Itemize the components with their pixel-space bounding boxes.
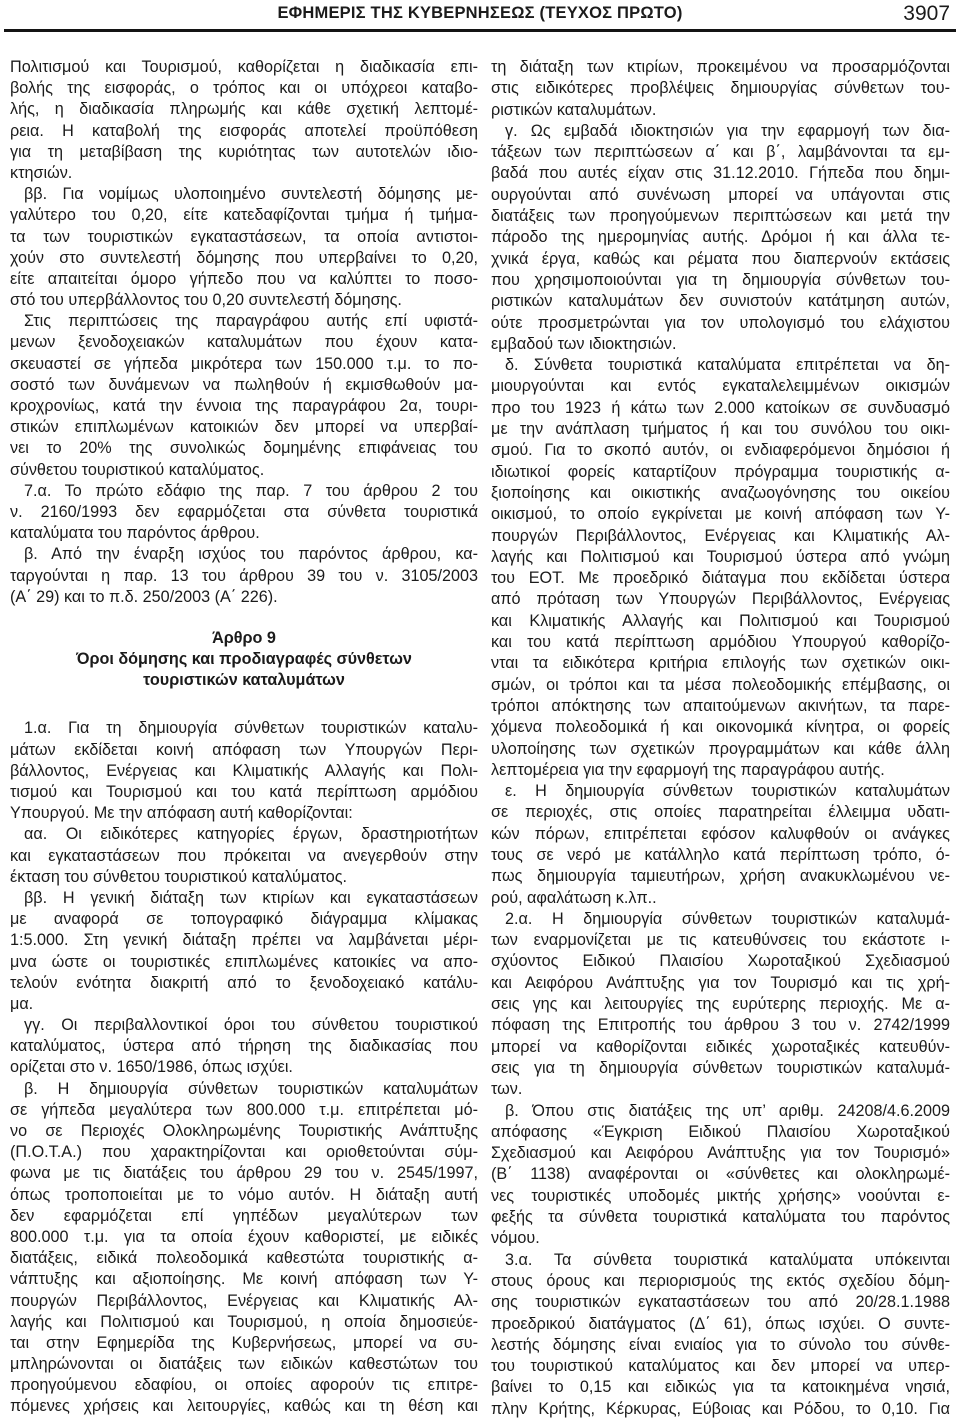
gazette-page: ΕΦΗΜΕΡΙΣ ΤΗΣ ΚΥΒΕΡΝΗΣΕΩΣ (ΤΕΥΧΟΣ ΠΡΩΤΟ) … [0,0,960,1423]
text-line: των εναρμονίζεται με τις κατευθύνσεις το… [491,930,950,951]
text-line: φωνα με τις διατάξεις του άρθρου 29 του … [10,1163,478,1184]
text-line: ται στην Εφημερίδα της Κυβερνήσεως, μπορ… [10,1333,478,1354]
text-line: νάπτυξης και αξιοποίησης. Με κοινή απόφα… [10,1269,478,1290]
text-line: γ. Ως εμβαδά ιδιοκτησιών για την εφαρμογ… [491,121,950,142]
text-line: νει το 20% της συνολικώς δομημένης επιφά… [10,438,478,459]
text-line: 1:5.000. Στη γενική διάταξη πρέπει να λα… [10,930,478,951]
text-line: σμού. Για το σκοπό αυτόν, οι ενδιαφερόμε… [491,440,950,461]
text-line: από πρόταση των Υπουργών Περιβάλλοντος, … [491,589,950,610]
text-line: χούν στο συντελεστή δόμησης που υπερβαίν… [10,248,478,269]
paragraph: ββ. Η γενική διάταξη των κτιρίων και εγκ… [10,888,478,1015]
text-line: πουργών Περιβάλλοντος, Ενέργειας και Κλι… [10,1291,478,1312]
text-line: κτησιών. [10,163,478,184]
text-line: ριστικών καταλυμάτων. [491,100,950,121]
text-line: στικών επιπλωμένων κατοικιών δεν μπορεί … [10,417,478,438]
text-line: β. Όπου στις διατάξεις της υπ’ αριθμ. 24… [491,1101,950,1122]
text-line: σκευαστεί σε γήπεδα μικρότερα των 150.00… [10,354,478,375]
text-line: νο σε Περιοχές Ολοκληρωμένης Τουριστικής… [10,1121,478,1142]
text-line: βαδά που αυτές είχαν στις 31.12.2010. Γή… [491,163,950,184]
paragraph: 2.α. Η δημιουργία σύνθετων τουριστικών κ… [491,909,950,1101]
text-line: γγ. Οι περιβαλλοντικοί όροι του σύνθετου… [10,1015,478,1036]
text-line: μα. [10,994,478,1015]
text-line: δεν εφαρμόζεται επί γηπέδων μεγαλύτερων … [10,1206,478,1227]
text-line: σοστό των δυνάμενων να πωληθούν ή εκμισθ… [10,375,478,396]
text-line: πλην Κρήτης, Κέρκυρας, Εύβοιας και Ρόδου… [491,1399,950,1420]
text-line: τισμού και Τουρισμού και του κατά περίπτ… [10,782,478,803]
text-line: διατάξεις των προηγούμενων περιπτώσεων κ… [491,206,950,227]
text-line: ρού, αφαλάτωση κ.λπ.. [491,888,950,909]
paragraph: Στις περιπτώσεις της παραγράφου αυτής επ… [10,311,478,481]
text-line: σης τουριστικών εγκαταστάσεων του από 20… [491,1292,950,1313]
text-line: ιδιωτικοί φορείς καταρτίζουν πρόγραμμα τ… [491,462,950,483]
text-line: μενων ξενοδοχειακών καταλυμάτων που έχου… [10,332,478,353]
text-line: ν. 2160/1993 δεν εφαρμόζεται στα σύνθετα… [10,502,478,523]
text-line: και Αειφόρου Ανάπτυξης για τον Τουρισμό … [491,973,950,994]
text-line: νται τα ειδικότερα κριτήρια επιλογής των… [491,653,950,674]
text-line: (Π.Ο.Τ.Α.) που χαρακτηρίζονται και οριοθ… [10,1142,478,1163]
paragraph: τη διάταξη των κτιρίων, προκειμένου να π… [491,57,950,121]
text-line: 1.α. Για τη δημιουργία σύνθετων τουριστι… [10,718,478,739]
paragraph: 1.α. Για τη δημιουργία σύνθετων τουριστι… [10,718,478,824]
text-line: όπως τροποποιείται με το νόμο αυτόν. Η δ… [10,1185,478,1206]
text-line: οικισμού, το οποίο εγκρίνεται με κοινή α… [491,504,950,525]
header-rule [4,29,956,32]
text-line: ρεια. Η καταβολή της εισφοράς αποτελεί π… [10,121,478,142]
text-line: Υπουργού. Με την απόφαση αυτή καθορίζοντ… [10,803,478,824]
text-line: λαγής και Πολιτισμού και Τουρισμού ύστερ… [491,547,950,568]
text-line: τάξεων των περιπτώσεων α΄ και β΄, λαμβάν… [491,142,950,163]
text-line: κών πόρων, επιτρέπεται εφόσον καλυφθούν … [491,824,950,845]
text-line: χνικά έργα, καθώς και ρέματα που διαπερν… [491,249,950,270]
paragraph: β. Η δημιουργία σύνθετων τουριστικών κατ… [10,1079,478,1418]
text-line: 800.000 τ.μ. για τα οποία έχουν καθοριστ… [10,1227,478,1248]
text-line: με την ανάπλαση τμήματος ή και του συνόλ… [491,419,950,440]
text-line: ββ. Για νομίμως υλοποιημένο συντελεστή δ… [10,184,478,205]
text-line: 2.α. Η δημιουργία σύνθετων τουριστικών κ… [491,909,950,930]
text-line: ορίζεται στο ν. 1650/1986, όπως ισχύει. [10,1057,478,1078]
text-line: προηγούμενου εδαφίου, οι οποίες αφορούν … [10,1375,478,1396]
heading-line: Όροι δόμησης και προδιαγραφές σύνθετων [10,649,478,670]
text-line: του τουριστικού καταλύματος και δεν μπορ… [491,1356,950,1377]
text-line: ξιοποίησης και οικιστικής αναζωογόνησης … [491,483,950,504]
text-line: πως δημιουργία ταμιευτήρων, χρήση ανακυκ… [491,866,950,887]
paragraph: 7.α. Το πρώτο εδάφιο της παρ. 7 του άρθρ… [10,481,478,545]
paragraph: β. Όπου στις διατάξεις της υπ’ αριθμ. 24… [491,1101,950,1250]
text-line: λαγής και Πολιτισμού και Τουρισμού, η οπ… [10,1312,478,1333]
text-line: πόμενες χρήσεις και λειτουργίες, καθώς κ… [10,1396,478,1417]
text-line: για τη μεταβίβαση της κυριότητας των αυτ… [10,142,478,163]
text-line: μιουργούνται και εντός εγκαταλελειμμένων… [491,376,950,397]
text-line: έκταση του σύνθετου τουριστικού καταλύμα… [10,867,478,888]
text-line: 3.α. Τα σύνθετα τουριστικά καταλύματα υπ… [491,1250,950,1271]
text-line: λεστής δόμησης είναι ενιαίος για το σύνο… [491,1335,950,1356]
text-line: εμβαδού των ιδιοκτησιών. [491,334,950,355]
text-line: λής, η διαδικασία πληρωμής και κάθε σχετ… [10,99,478,120]
left-text-column: Πολιτισμού και Τουρισμού, καθορίζεται η … [10,57,478,1418]
paragraph: ββ. Για νομίμως υλοποιημένο συντελεστή δ… [10,184,478,311]
text-line: Στις περιπτώσεις της παραγράφου αυτής επ… [10,311,478,332]
paragraph: ε. Η δημιουργία σύνθετων τουριστικών κατ… [491,781,950,909]
text-line: ουργούνται από συνένωση μπορεί να υπάγον… [491,185,950,206]
text-line: ε. Η δημιουργία σύνθετων τουριστικών κατ… [491,781,950,802]
text-line: πόφαση της Επιτροπής του άρθρου 3 του ν.… [491,1015,950,1036]
text-line: τη διάταξη των κτιρίων, προκειμένου να π… [491,57,950,78]
text-line: απόφασης «Έγκριση Ειδικού Πλαισίου Χωροτ… [491,1122,950,1143]
text-line: στό του υπερβάλλοντος του 0,20 συντελεστ… [10,290,478,311]
text-line: είτε απαιτείται όμορο γήπεδο που να καλύ… [10,269,478,290]
text-line: τα των τουριστικών εγκαταστάσεων, τα οπο… [10,227,478,248]
text-line: Σχεδιασμού και Αειφόρου Ανάπτυξης για το… [491,1143,950,1164]
paragraph: αα. Οι ειδικότερες κατηγορίες έργων, δρα… [10,824,478,888]
text-line: νες τουριστικές υποδομές μικτής χρήσης» … [491,1186,950,1207]
text-line: σύνθετου τουριστικού καταλύματος. [10,460,478,481]
text-line: νόμου. [491,1228,950,1249]
text-line: φεξής τα σύνθετα τουριστικά καταλύματα τ… [491,1207,950,1228]
text-line: καταλύματος, ύστερα από τήρηση της διαδι… [10,1036,478,1057]
text-line: και του κατά περίπτωση αρμόδιου Υπουργού… [491,632,950,653]
text-line: υλοποίησης των σχετικών προγραμμάτων και… [491,739,950,760]
text-line: Πολιτισμού και Τουρισμού, καθορίζεται η … [10,57,478,78]
paragraph: γ. Ως εμβαδά ιδιοκτησιών για την εφαρμογ… [491,121,950,355]
text-line: διατάξεις, ειδικά πολεοδομικά καθεστώτα … [10,1248,478,1269]
text-line: των. [491,1079,950,1100]
text-line: στις ειδικότερες προβλέψεις δημιουργίας … [491,78,950,99]
text-line: μπορεί να καθορίζονται ειδικές χωροταξικ… [491,1037,950,1058]
paragraph: Πολιτισμού και Τουρισμού, καθορίζεται η … [10,57,478,184]
text-line: πάροδο της ημερομηνίας αυτής. Δρόμοι ή κ… [491,227,950,248]
text-line: ταργούνται η παρ. 13 του άρθρου 39 του ν… [10,566,478,587]
text-line: και εγκαταστάσεων που πρόκειται να ανεγε… [10,846,478,867]
text-line: μάτων εκδίδεται κοινή απόφαση των Υπουργ… [10,740,478,761]
text-line: μπληρώνονται οι διατάξεις των ειδικών κα… [10,1354,478,1375]
text-line: ριστικών καταλυμάτων δεν συνιστούν κατάτ… [491,291,950,312]
paragraph: δ. Σύνθετα τουριστικά καταλύματα επιτρέπ… [491,355,950,781]
text-line: λεπτομέρεια για την εφαρμογή της παραγρά… [491,760,950,781]
text-line: ούτε προσμετρώνται για τον υπολογισμό το… [491,313,950,334]
text-line: σε γήπεδα μεγαλύτερα των 800.000 τ.μ. επ… [10,1100,478,1121]
text-line: β. Από την έναρξη ισχύος του παρόντος άρ… [10,544,478,565]
text-line: (Α΄ 29) και το π.δ. 250/2003 (Α΄ 226). [10,587,478,608]
text-line: χόμενα πολεοδομικά ή και οικονομικά κίνη… [491,717,950,738]
text-line: σμών, οι τρόποι και τα μέσα πολεοδομικής… [491,675,950,696]
text-line: βάλλοντος, Ενέργειας και Κλιματικής Αλλα… [10,761,478,782]
heading-line: τουριστικών καταλυμάτων [10,670,478,691]
text-line: στους όρους και περιορισμούς της εκτός σ… [491,1271,950,1292]
text-line: σεις γης και λειτουργίες της ευρύτερης π… [491,994,950,1015]
text-line: 7.α. Το πρώτο εδάφιο της παρ. 7 του άρθρ… [10,481,478,502]
paragraph: 3.α. Τα σύνθετα τουριστικά καταλύματα υπ… [491,1250,950,1420]
text-line: προεδρικού διατάγματος (Δ΄ 61), όπως ισχ… [491,1314,950,1335]
text-line: δ. Σύνθετα τουριστικά καταλύματα επιτρέπ… [491,355,950,376]
paragraph: β. Από την έναρξη ισχύος του παρόντος άρ… [10,544,478,608]
text-line: ββ. Η γενική διάταξη των κτιρίων και εγκ… [10,888,478,909]
text-line: που χρησιμοποιούνται για τη δημιουργία σ… [491,270,950,291]
text-line: β. Η δημιουργία σύνθετων τουριστικών κατ… [10,1079,478,1100]
text-line: τρόποι απόκτησης των απαιτούμενων ακινήτ… [491,696,950,717]
article-heading: Άρθρο 9Όροι δόμησης και προδιαγραφές σύν… [10,628,478,692]
text-line: τους σε νερό με κατάλληλο κατά περίπτωση… [491,845,950,866]
text-line: (Β΄ 1138) αναφέρονται οι «σύνθετες και ο… [491,1164,950,1185]
text-line: κροχρονίως, κατά την έννοια της παραγράφ… [10,396,478,417]
text-line: με αναφορά σε τοπογραφικό διάγραμμα κλίμ… [10,909,478,930]
heading-line: Άρθρο 9 [10,628,478,649]
text-line: μνα ώστε οι τουριστικές επιπλωμένες κατο… [10,952,478,973]
paragraph: γγ. Οι περιβαλλοντικοί όροι του σύνθετου… [10,1015,478,1079]
gazette-title: ΕΦΗΜΕΡΙΣ ΤΗΣ ΚΥΒΕΡΝΗΣΕΩΣ (ΤΕΥΧΟΣ ΠΡΩΤΟ) [0,4,960,23]
text-line: βαίνει το 0,15 και ειδικώς για τα κατοικ… [491,1377,950,1398]
page-number: 3907 [903,2,950,26]
right-text-column: τη διάταξη των κτιρίων, προκειμένου να π… [491,57,950,1420]
text-line: καταλύματα του παρόντος άρθρου. [10,523,478,544]
text-line: σχύοντος Ειδικού Πλαισίου Χωροταξικού Σχ… [491,951,950,972]
text-line: προ του 1923 ή κάτω των 2.000 κατοίκων σ… [491,398,950,419]
text-line: τελούν ενότητα διακριτή από το ξενοδοχει… [10,973,478,994]
text-line: του ΕΟΤ. Με προεδρικό διάταγμα που εκδίδ… [491,568,950,589]
text-line: πουργών Περιβάλλοντος, Ενέργειας και Κλι… [491,526,950,547]
text-line: αα. Οι ειδικότερες κατηγορίες έργων, δρα… [10,824,478,845]
text-line: γαλύτερο του 0,20, είτε κατεδαφίζονται τ… [10,205,478,226]
text-line: και Κλιματικής Αλλαγής και Πολιτισμού κα… [491,611,950,632]
text-line: βολής της εισφοράς, ο τρόπος και οι υπόχ… [10,78,478,99]
text-line: σε περιοχές, στις οποίες παρατηρείται έλ… [491,802,950,823]
text-line: σεις για τη δημιουργία σύνθετων τουριστι… [491,1058,950,1079]
